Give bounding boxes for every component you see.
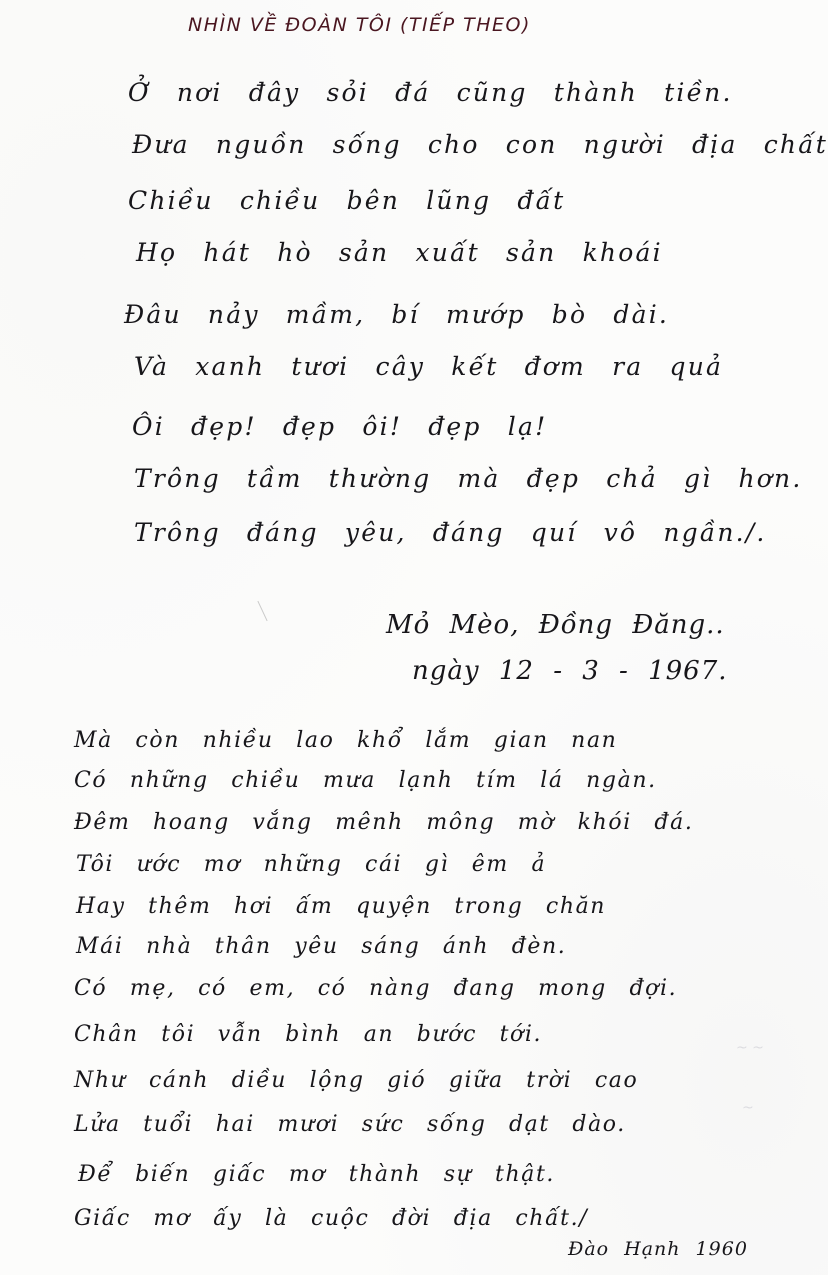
poem-line: Lửa tuổi hai mươi sức sống dạt dào. <box>74 1112 626 1137</box>
poem-line: Chân tôi vẫn bình an bước tới. <box>74 1022 542 1047</box>
poem-line: Đâu nảy mầm, bí mướp bò dài. <box>124 300 669 329</box>
poem-line: Mái nhà thân yêu sáng ánh đèn. <box>76 934 566 959</box>
poem-line: Có những chiều mưa lạnh tím lá ngàn. <box>74 768 657 793</box>
stray-pen-mark <box>257 601 267 621</box>
bleed-through-marks: ~ ~ <box>736 1040 764 1056</box>
poem-line: Giấc mơ ấy là cuộc đời địa chất./ <box>74 1206 588 1231</box>
signature-date: ngày 12 - 3 - 1967. <box>412 656 728 686</box>
poem-line: Đêm hoang vắng mênh mông mờ khói đá. <box>74 810 693 835</box>
poem-line: Họ hát hò sản xuất sản khoái <box>136 238 663 267</box>
signature-place: Mỏ Mèo, Đồng Đăng.. <box>386 610 725 640</box>
poem-line: Mà còn nhiều lao khổ lắm gian nan <box>74 728 617 753</box>
poem-line: Hay thêm hơi ấm quyện trong chăn <box>76 894 606 919</box>
poem-line: Trông tầm thường mà đẹp chả gì hơn. <box>134 464 803 493</box>
poem-line: Đưa nguồn sống cho con người địa chất <box>132 130 828 159</box>
poem-title: NHÌN VỀ ĐOÀN TÔI (TIẾP THEO) <box>188 14 531 36</box>
notebook-page: NHÌN VỀ ĐOÀN TÔI (TIẾP THEO) Ở nơi đây s… <box>0 0 828 1275</box>
poem-line: Tôi ước mơ những cái gì êm ả <box>76 852 546 877</box>
poem-line: Trông đáng yêu, đáng quí vô ngần./. <box>134 518 767 547</box>
poem-line: Ôi đẹp! đẹp ôi! đẹp lạ! <box>132 412 547 441</box>
bleed-through-marks: ~ <box>742 1100 754 1116</box>
poem-line: Như cánh diều lộng gió giữa trời cao <box>74 1068 638 1093</box>
author-signature: Đào Hạnh 1960 <box>568 1238 748 1260</box>
poem-line: Và xanh tươi cây kết đơm ra quả <box>134 352 723 381</box>
poem-line: Có mẹ, có em, có nàng đang mong đợi. <box>74 976 677 1001</box>
poem-line: Để biến giấc mơ thành sự thật. <box>78 1162 555 1187</box>
poem-line: Ở nơi đây sỏi đá cũng thành tiền. <box>128 78 733 107</box>
poem-line: Chiều chiều bên lũng đất <box>128 186 565 215</box>
